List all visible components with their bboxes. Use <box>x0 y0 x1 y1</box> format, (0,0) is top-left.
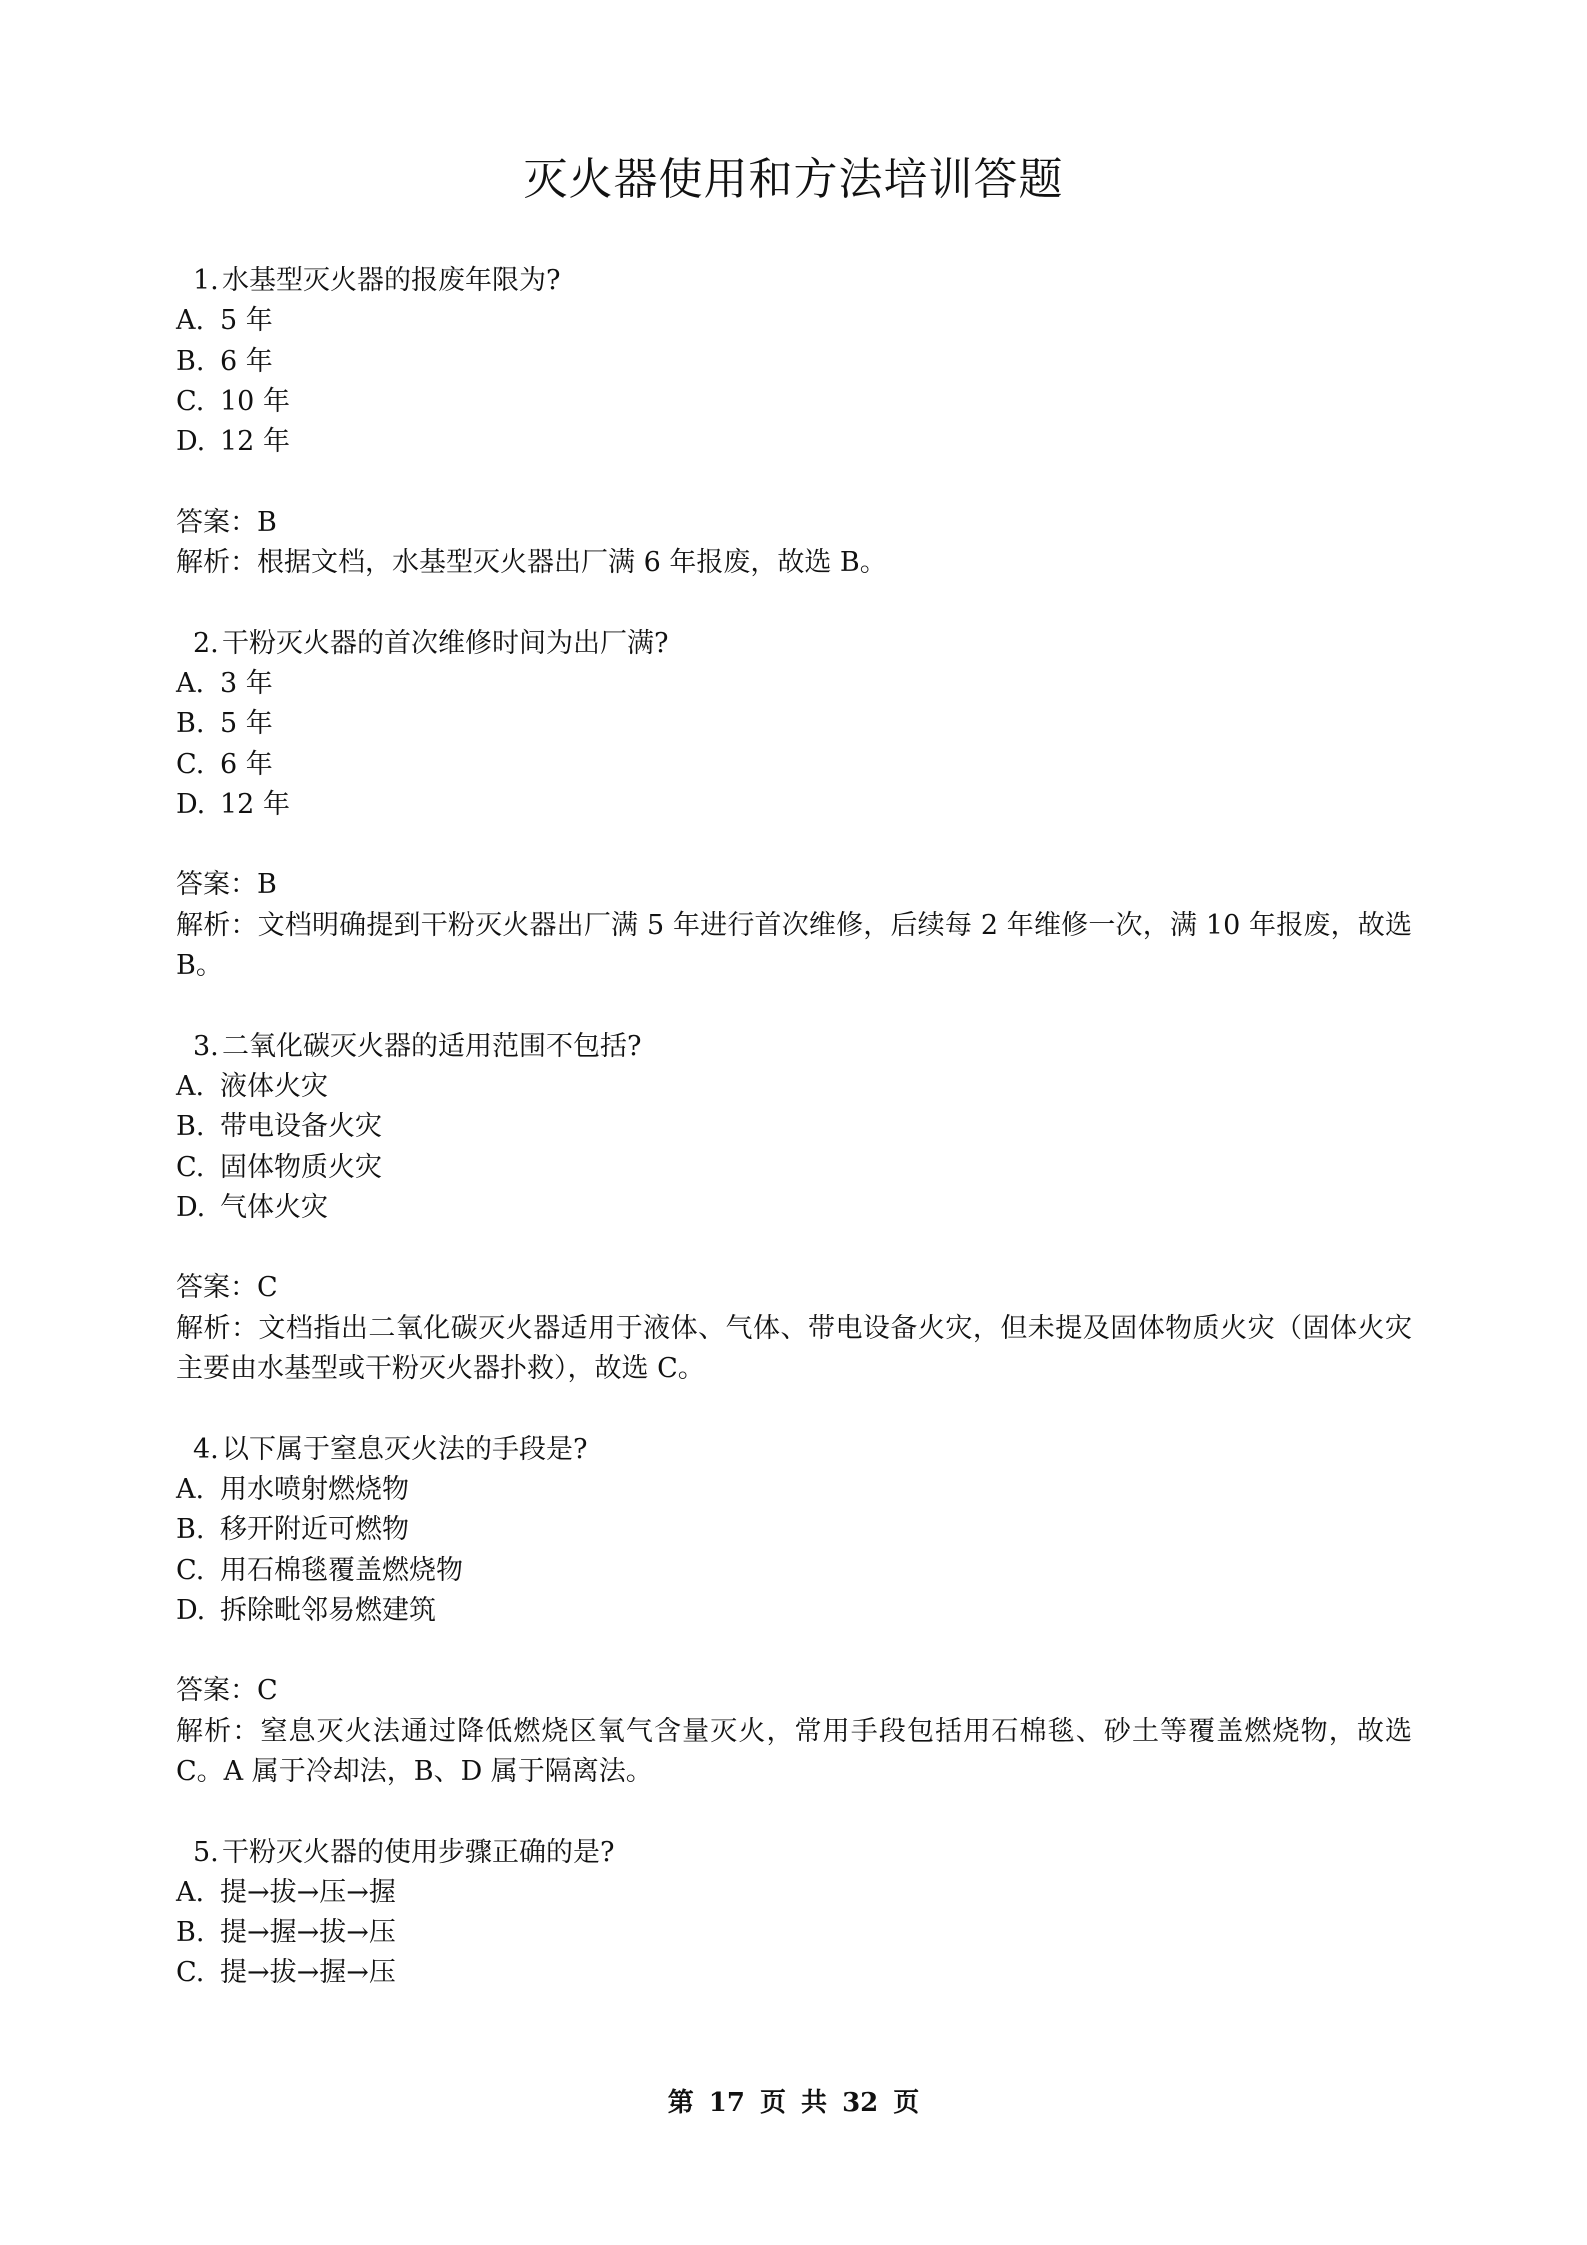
question-block: 5.干粉灭火器的使用步骤正确的是? A.提→拔→压→握 B.提→握→拔→压 C.… <box>176 1833 1412 1994</box>
page-number-footer: 第 17 页 共 32 页 <box>0 2085 1587 2121</box>
option-item: A.液体火灾 <box>176 1067 1412 1107</box>
option-text: 固体物质火灾 <box>220 1152 382 1183</box>
option-text: 10 年 <box>220 386 290 417</box>
option-item: B.带电设备火灾 <box>176 1107 1412 1147</box>
spacer <box>176 825 1412 865</box>
option-item: A.用水喷射燃烧物 <box>176 1470 1412 1510</box>
analysis-paragraph: 解析：窒息灭火法通过降低燃烧区氧气含量灭火，常用手段包括用石棉毯、砂土等覆盖燃烧… <box>176 1712 1412 1793</box>
spacer <box>176 1631 1412 1671</box>
option-item: A.3 年 <box>176 664 1412 704</box>
spacer <box>176 986 1412 1026</box>
question-block: 1.水基型灭火器的报废年限为? A.5 年 B.6 年 C.10 年 D.12 … <box>176 261 1412 624</box>
option-text: 拆除毗邻易燃建筑 <box>220 1595 436 1626</box>
question-text: 以下属于窒息灭火法的手段是? <box>222 1434 587 1465</box>
question-number: 4. <box>176 1430 222 1470</box>
option-item: C.10 年 <box>176 382 1412 422</box>
option-letter: C. <box>176 745 220 785</box>
question-number: 3. <box>176 1027 222 1067</box>
answer-line: 答案：C <box>176 1671 1412 1711</box>
option-text: 移开附近可燃物 <box>220 1514 409 1545</box>
option-item: C.固体物质火灾 <box>176 1148 1412 1188</box>
option-text: 气体火灾 <box>220 1192 328 1223</box>
option-text: 提→握→拔→压 <box>220 1917 396 1948</box>
option-text: 用石棉毯覆盖燃烧物 <box>220 1555 463 1586</box>
answer-line: 答案：C <box>176 1268 1412 1308</box>
option-item: C.用石棉毯覆盖燃烧物 <box>176 1551 1412 1591</box>
option-letter: D. <box>176 785 220 825</box>
option-letter: B. <box>176 342 220 382</box>
spacer <box>176 1228 1412 1268</box>
question-text: 二氧化碳灭火器的适用范围不包括? <box>222 1031 641 1062</box>
question-text: 水基型灭火器的报废年限为? <box>222 265 560 296</box>
analysis-paragraph: 解析：文档明确提到干粉灭火器出厂满 5 年进行首次维修，后续每 2 年维修一次，… <box>176 906 1412 987</box>
option-item: B.提→握→拔→压 <box>176 1913 1412 1953</box>
question-number: 5. <box>176 1833 222 1873</box>
option-letter: B. <box>176 1510 220 1550</box>
question-block: 4.以下属于窒息灭火法的手段是? A.用水喷射燃烧物 B.移开附近可燃物 C.用… <box>176 1430 1412 1833</box>
option-item: A.提→拔→压→握 <box>176 1873 1412 1913</box>
option-letter: C. <box>176 382 220 422</box>
question-text: 干粉灭火器的使用步骤正确的是? <box>222 1837 614 1868</box>
question-block: 2.干粉灭火器的首次维修时间为出厂满? A.3 年 B.5 年 C.6 年 D.… <box>176 624 1412 1027</box>
option-item: D.12 年 <box>176 422 1412 462</box>
document-title: 灭火器使用和方法培训答题 <box>0 152 1587 208</box>
spacer <box>176 1389 1412 1429</box>
option-text: 5 年 <box>220 708 273 739</box>
spacer <box>176 1792 1412 1832</box>
analysis-paragraph: 解析：文档指出二氧化碳灭火器适用于液体、气体、带电设备火灾，但未提及固体物质火灾… <box>176 1309 1412 1390</box>
analysis-paragraph: 解析：根据文档，水基型灭火器出厂满 6 年报废，故选 B。 <box>176 543 1412 583</box>
question-stem: 4.以下属于窒息灭火法的手段是? <box>176 1430 1412 1470</box>
option-letter: D. <box>176 422 220 462</box>
option-item: D.12 年 <box>176 785 1412 825</box>
option-text: 提→拔→压→握 <box>220 1877 396 1908</box>
question-text: 干粉灭火器的首次维修时间为出厂满? <box>222 628 668 659</box>
option-item: B.5 年 <box>176 704 1412 744</box>
option-text: 提→拔→握→压 <box>220 1957 396 1988</box>
question-stem: 5.干粉灭火器的使用步骤正确的是? <box>176 1833 1412 1873</box>
option-item: B.6 年 <box>176 342 1412 382</box>
option-letter: C. <box>176 1148 220 1188</box>
option-item: D.拆除毗邻易燃建筑 <box>176 1591 1412 1631</box>
answer-line: 答案：B <box>176 865 1412 905</box>
option-letter: B. <box>176 1107 220 1147</box>
option-letter: D. <box>176 1591 220 1631</box>
option-text: 5 年 <box>220 305 273 336</box>
spacer <box>176 462 1412 502</box>
option-letter: B. <box>176 1913 220 1953</box>
option-text: 6 年 <box>220 346 273 377</box>
option-letter: A. <box>176 1873 220 1913</box>
option-item: D.气体火灾 <box>176 1188 1412 1228</box>
option-text: 12 年 <box>220 426 290 457</box>
option-text: 12 年 <box>220 789 290 820</box>
question-stem: 1.水基型灭火器的报废年限为? <box>176 261 1412 301</box>
question-stem: 3.二氧化碳灭火器的适用范围不包括? <box>176 1027 1412 1067</box>
option-letter: C. <box>176 1551 220 1591</box>
option-text: 带电设备火灾 <box>220 1111 382 1142</box>
option-item: C.6 年 <box>176 745 1412 785</box>
option-text: 6 年 <box>220 749 273 780</box>
option-letter: A. <box>176 664 220 704</box>
option-item: C.提→拔→握→压 <box>176 1953 1412 1993</box>
option-letter: A. <box>176 301 220 341</box>
option-letter: D. <box>176 1188 220 1228</box>
option-text: 用水喷射燃烧物 <box>220 1474 409 1505</box>
option-letter: A. <box>176 1067 220 1107</box>
option-text: 3 年 <box>220 668 273 699</box>
option-item: A.5 年 <box>176 301 1412 341</box>
question-stem: 2.干粉灭火器的首次维修时间为出厂满? <box>176 624 1412 664</box>
option-letter: C. <box>176 1953 220 1993</box>
answer-line: 答案：B <box>176 503 1412 543</box>
option-letter: B. <box>176 704 220 744</box>
spacer <box>176 583 1412 623</box>
question-number: 1. <box>176 261 222 301</box>
document-body: 1.水基型灭火器的报废年限为? A.5 年 B.6 年 C.10 年 D.12 … <box>176 261 1412 1994</box>
option-letter: A. <box>176 1470 220 1510</box>
option-text: 液体火灾 <box>220 1071 328 1102</box>
question-number: 2. <box>176 624 222 664</box>
option-item: B.移开附近可燃物 <box>176 1510 1412 1550</box>
question-block: 3.二氧化碳灭火器的适用范围不包括? A.液体火灾 B.带电设备火灾 C.固体物… <box>176 1027 1412 1430</box>
